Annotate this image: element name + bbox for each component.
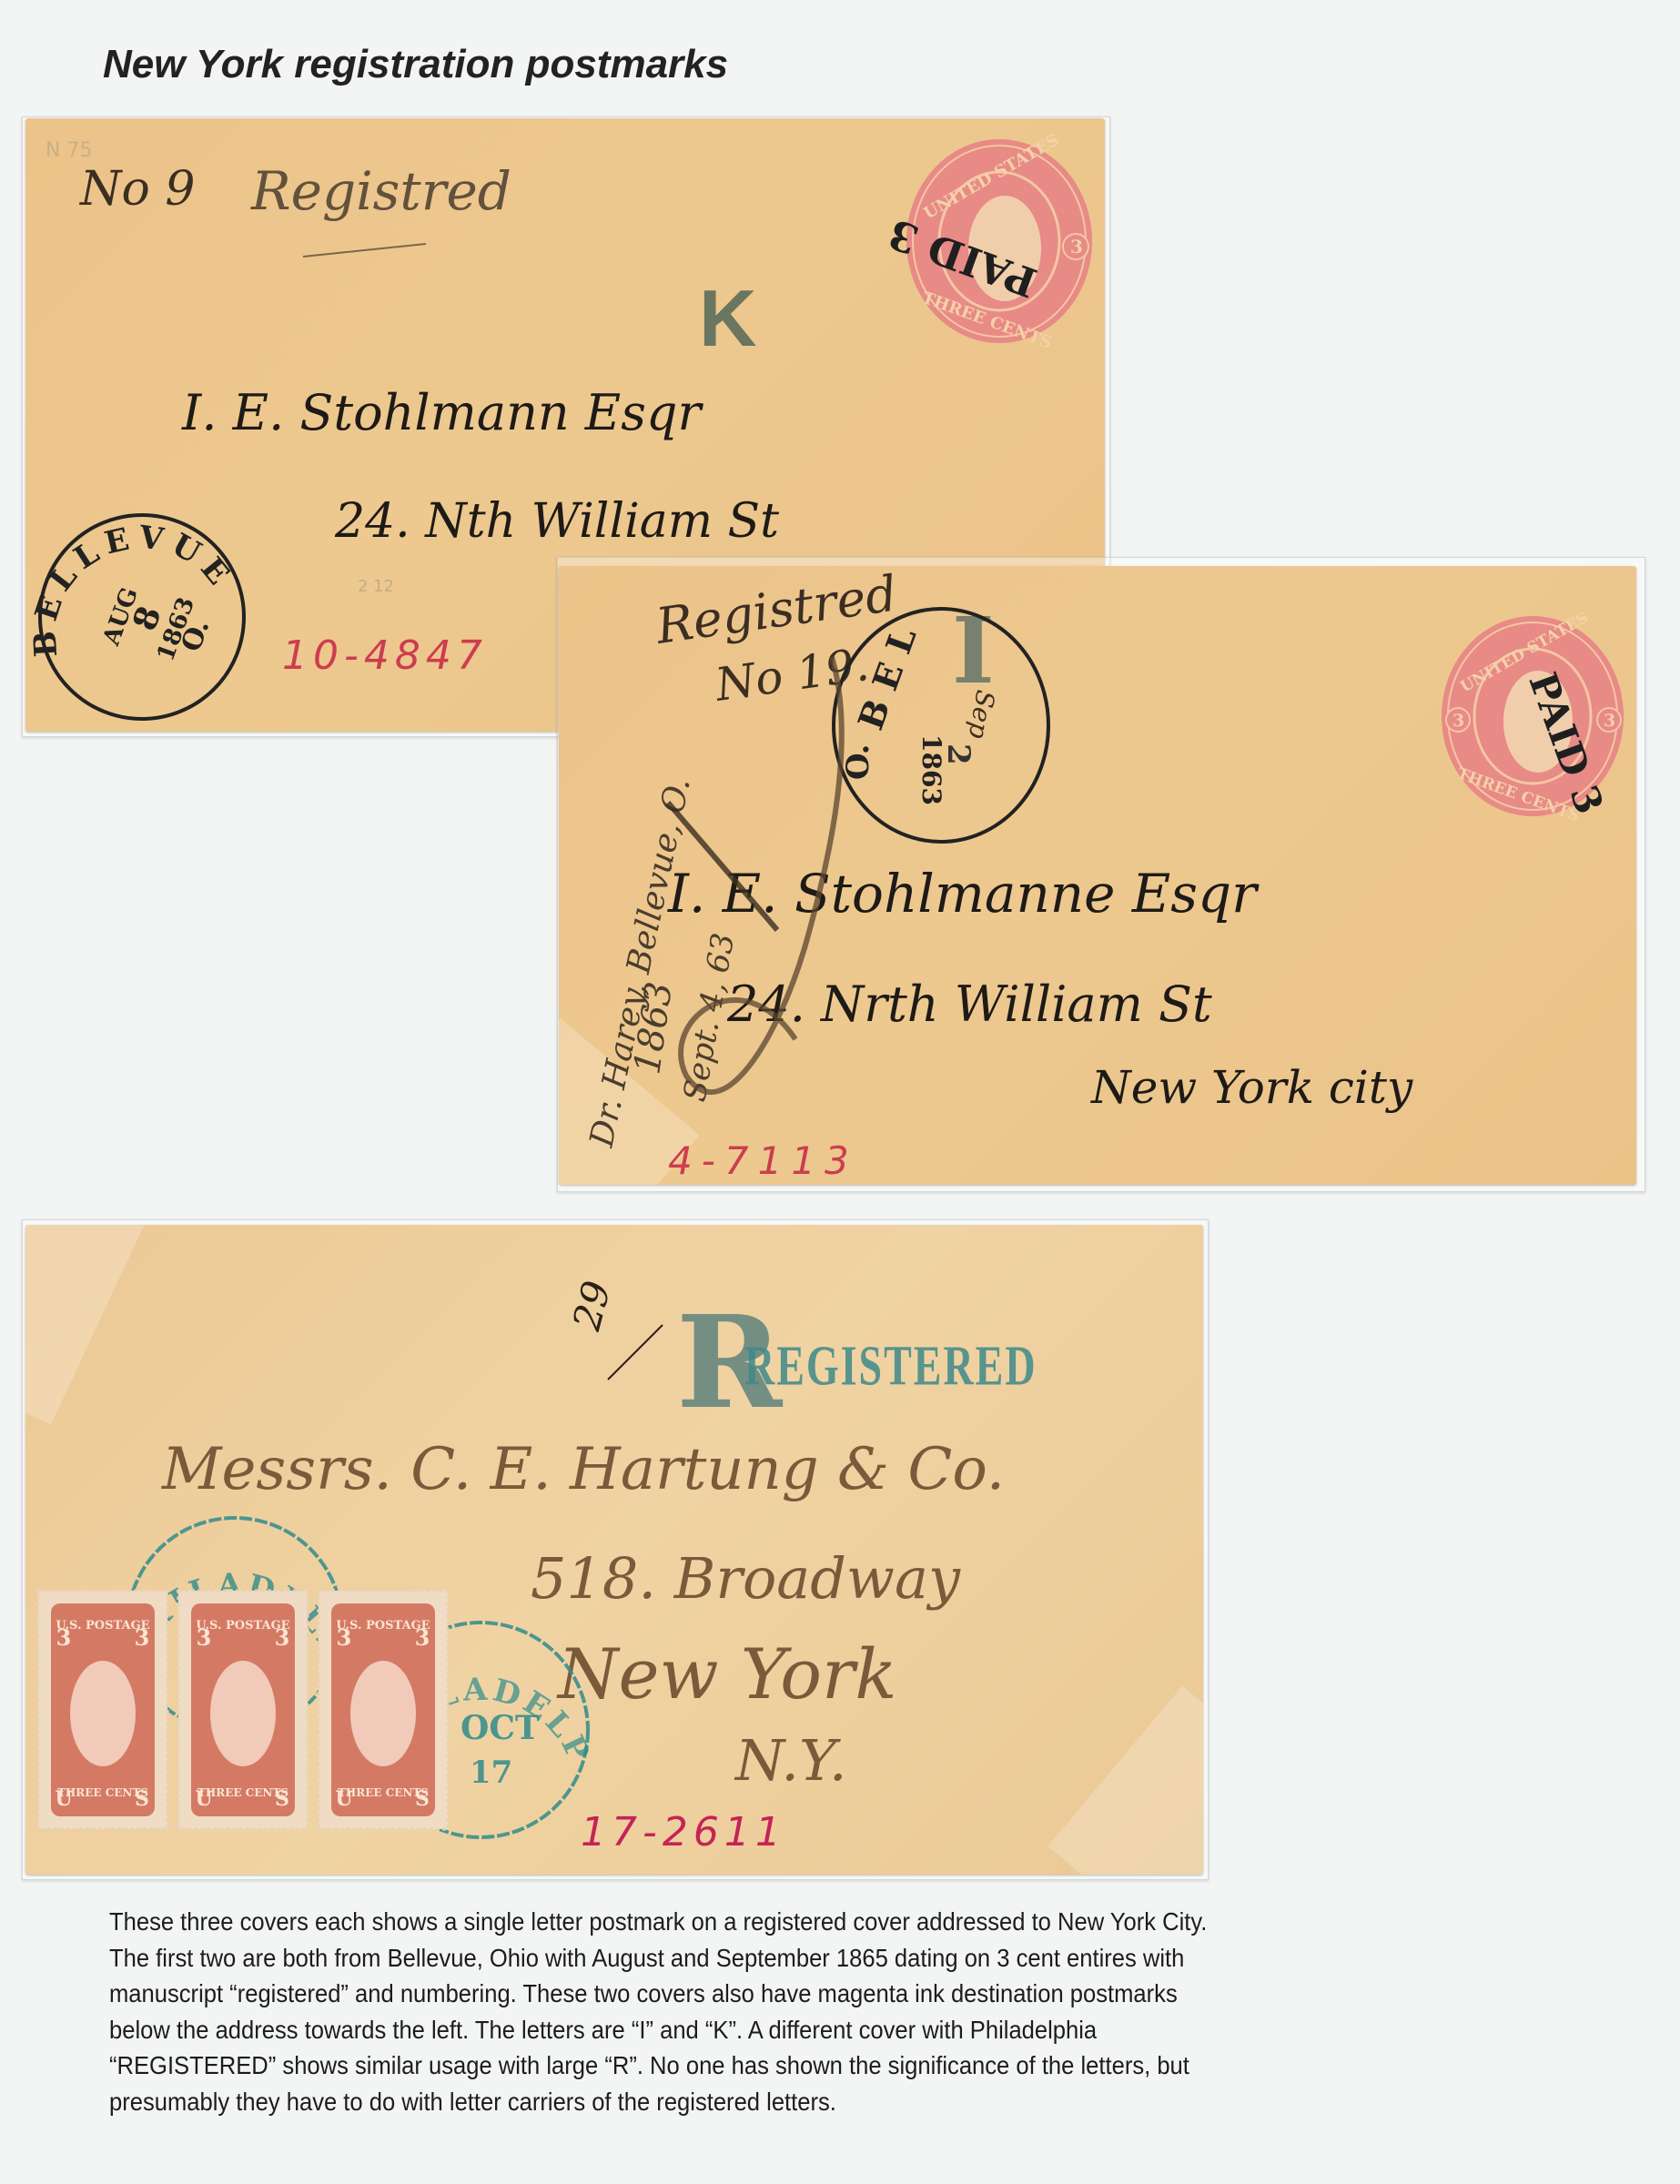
svg-text:3: 3 [135,1624,150,1651]
svg-text:2: 2 [940,743,977,765]
cover-3-address-line-2: 518. Broadway [531,1545,961,1612]
caption-line: “REGISTERED” shows similar usage with la… [109,2047,1497,2084]
svg-text:U: U [335,1787,352,1811]
cover-2-address-line-1: I. E. Stohlmanne Esqr [667,863,1260,925]
caption-line: manuscript “registered” and numbering. T… [109,1976,1497,2012]
svg-text:3: 3 [1452,711,1464,731]
cover-3-address-line-4: N.Y. [734,1727,847,1794]
svg-text:3: 3 [1604,711,1615,731]
cover-1-manuscript-number: No 9 [78,162,195,217]
cover-1-manuscript-registered: Registred [250,160,511,222]
cover-2-destination-marking: 4-7113 [668,1138,858,1183]
cover-3-manuscript-rate: 29 [563,1276,619,1335]
cover-3-registered-handstamp: REGISTERED [744,1334,1037,1397]
cover-1-carrier-letter-K: K [699,273,757,363]
cover-2-address-line-3: New York city [1090,1061,1413,1114]
svg-text:17: 17 [470,1754,512,1791]
cover-1-pencil-note: N 75 [46,139,92,162]
cover-3: 29 R REGISTERED Messrs. C. E. Hartung & … [25,1225,1203,1875]
stamp: U.S. POSTAGE33THREE CENTSUS [178,1591,308,1829]
cover-3-address-line-3: New York [556,1633,896,1714]
svg-text:O.: O. [840,744,876,780]
page-title: New York registration postmarks [103,42,728,87]
svg-text:3: 3 [337,1624,352,1651]
cover-2-docketing: Dr. Harey, Bellevue, O. 1863 Sept. 4, 63 [582,774,742,1151]
cover-2-markings: Registred No 19. I BEL O. 1863 2 Sep UNI… [559,566,1636,1185]
cover-3-stamp-strip: U.S. POSTAGE33THREE CENTSUSU.S. POSTAGE3… [38,1591,448,1829]
cover-2-indicia: UNITED STATES THREE CENTS 3 3 PAID 3 [1442,609,1624,826]
cover-2-address-line-2: 24. Nrth William St [726,976,1212,1033]
svg-text:S: S [135,1787,149,1811]
caption-line: These three covers each shows a single l… [109,1904,1497,1940]
caption-line: The first two are both from Bellevue, Oh… [109,1940,1497,1977]
caption: These three covers each shows a single l… [109,1904,1497,2119]
cover-2-manuscript-number: No 19. [712,638,873,712]
cover-3-address-line-1: Messrs. C. E. Hartung & Co. [161,1436,1005,1503]
caption-line: presumably they have to do with letter c… [109,2084,1497,2120]
cover-1-address-line-2: 24. Nth William St [334,494,779,549]
svg-text:3: 3 [56,1624,72,1651]
stamp: U.S. POSTAGE33THREE CENTSUS [38,1591,167,1829]
svg-text:U: U [195,1787,212,1811]
cover-1-indicia: UNITED STATES THREE CENTS 3 PAID 3 [883,130,1092,352]
cover-2-bellevue-postmark: BEL O. 1863 2 Sep [834,609,1048,842]
svg-text:3: 3 [415,1624,430,1651]
svg-text:3: 3 [197,1624,212,1651]
cover-2: Registred No 19. I BEL O. 1863 2 Sep UNI… [559,566,1636,1185]
cover-3-markings: 29 R REGISTERED Messrs. C. E. Hartung & … [25,1225,1203,1875]
svg-text:3: 3 [275,1624,290,1651]
svg-text:S: S [415,1787,430,1811]
caption-line: below the address towards the left. The … [109,2012,1497,2048]
cover-1-bellevue-postmark: BELLEVUE AUG 8 1863 O. [26,515,244,719]
stamp: U.S. POSTAGE33THREE CENTSUS [319,1591,448,1829]
svg-text:U: U [55,1787,72,1811]
cover-1-destination-marking: 10-4847 [282,632,488,679]
cover-1-faint-marking: 2 12 [358,577,394,596]
svg-text:3: 3 [1070,236,1083,258]
svg-text:S: S [275,1787,289,1811]
cover-3-destination-marking: 17-2611 [581,1809,786,1855]
svg-text:OCT: OCT [460,1709,540,1747]
cover-1-address-line-1: I. E. Stohlmann Esqr [181,384,703,441]
